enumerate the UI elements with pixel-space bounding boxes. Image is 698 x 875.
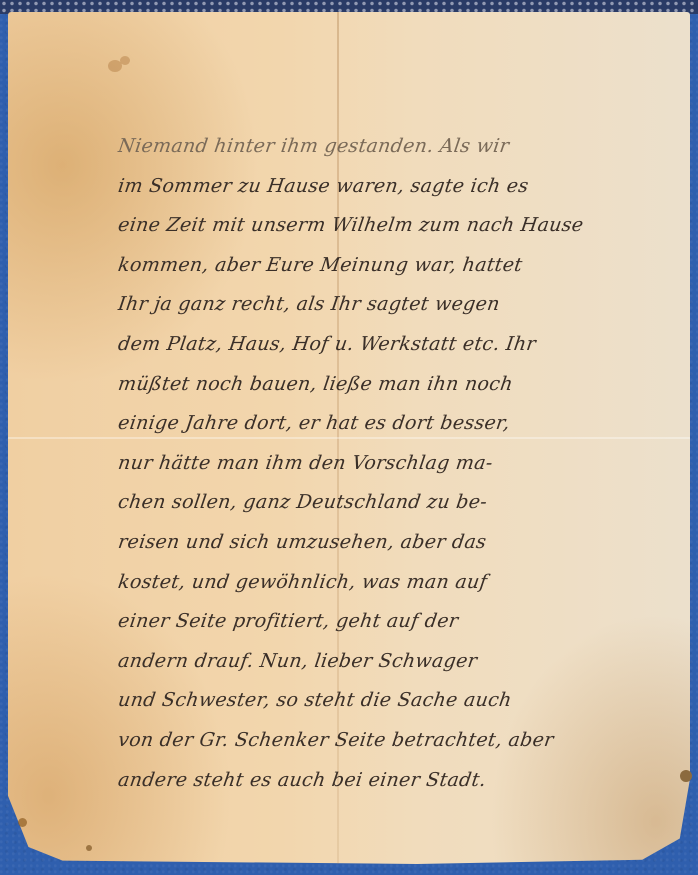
letter-line: Ihr ja ganz recht, als Ihr sagtet wegen bbox=[115, 286, 691, 326]
ink-spot bbox=[18, 818, 27, 827]
water-stain bbox=[120, 56, 130, 65]
letter-line: kostet, und gewöhnlich, was man auf bbox=[115, 564, 691, 604]
letter-line: einige Jahre dort, er hat es dort besser… bbox=[115, 405, 691, 445]
letter-line: dem Platz, Haus, Hof u. Werkstatt etc. I… bbox=[115, 326, 691, 366]
letter-line: müßtet noch bauen, ließe man ihn noch bbox=[115, 366, 691, 406]
letter-line: und Schwester, so steht die Sache auch bbox=[115, 682, 691, 722]
ink-spot bbox=[86, 845, 92, 851]
letter-line: einer Seite profitiert, geht auf der bbox=[115, 603, 691, 643]
letter-line: kommen, aber Eure Meinung war, hattet bbox=[115, 247, 691, 287]
letter-line: im Sommer zu Hause waren, sagte ich es bbox=[115, 168, 691, 208]
letter-line: von der Gr. Schenker Seite betrachtet, a… bbox=[115, 722, 691, 762]
letter-line: andere steht es auch bei einer Stadt. bbox=[115, 762, 691, 802]
letter-text: Niemand hinter ihm gestanden. Als wir im… bbox=[118, 128, 688, 801]
letter-line: andern drauf. Nun, lieber Schwager bbox=[115, 643, 691, 683]
letter-line: reisen und sich umzusehen, aber das bbox=[115, 524, 691, 564]
letter-line: Niemand hinter ihm gestanden. Als wir bbox=[115, 128, 691, 168]
letter-line: eine Zeit mit unserm Wilhelm zum nach Ha… bbox=[115, 207, 691, 247]
fabric-background-strip bbox=[0, 0, 698, 14]
letter-line: nur hätte man ihm den Vorschlag ma- bbox=[115, 445, 691, 485]
letter-line: chen sollen, ganz Deutschland zu be- bbox=[115, 484, 691, 524]
